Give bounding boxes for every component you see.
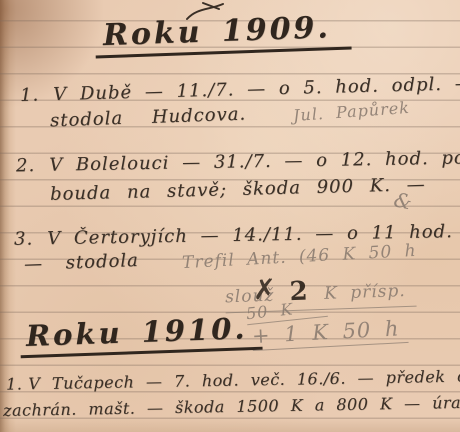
entry-number: 3. — [14, 228, 34, 249]
pencil-flourish-mark: & — [392, 187, 415, 214]
entry-number: 2. — [16, 155, 36, 176]
pencil-after-digit: K přísp. — [324, 281, 406, 304]
entry-1909-3-line2: — stodola — [24, 250, 140, 275]
entry-text: V Tučapech — 7. hod. več. 16./6. — přede… — [28, 365, 460, 393]
entry-1910-1-line1: 1.V Tučapech — 7. hod. več. 16./6. — pře… — [6, 365, 460, 393]
entry-1909-2-line1: 2.V Bolelouci — 31./7. — o 12. hod. pol.… — [16, 147, 460, 177]
heading-year-1909: Roku 1909. — [94, 10, 351, 59]
notebook-page: Roku 1909. 1.V Dubě — 11./7. — o 5. hod.… — [0, 0, 460, 432]
entry-number: 1. — [20, 84, 40, 105]
heading-year-1910: Roku 1910. — [19, 311, 262, 358]
pencil-name-note: Jul. Papůrek — [292, 98, 410, 125]
entry-1909-2-line2: bouda na stavě; škoda 900 K. — — [50, 174, 426, 205]
entry-number: 1. — [6, 374, 23, 393]
entry-1910-1-line2: zachrán. mašt. — škoda 1500 K a 800 K — … — [3, 391, 460, 420]
entry-text: V Bolelouci — 31./7. — o 12. hod. pol. — — [49, 147, 460, 176]
entry-1909-1-line2: stodola Hudcova. — [50, 104, 247, 132]
